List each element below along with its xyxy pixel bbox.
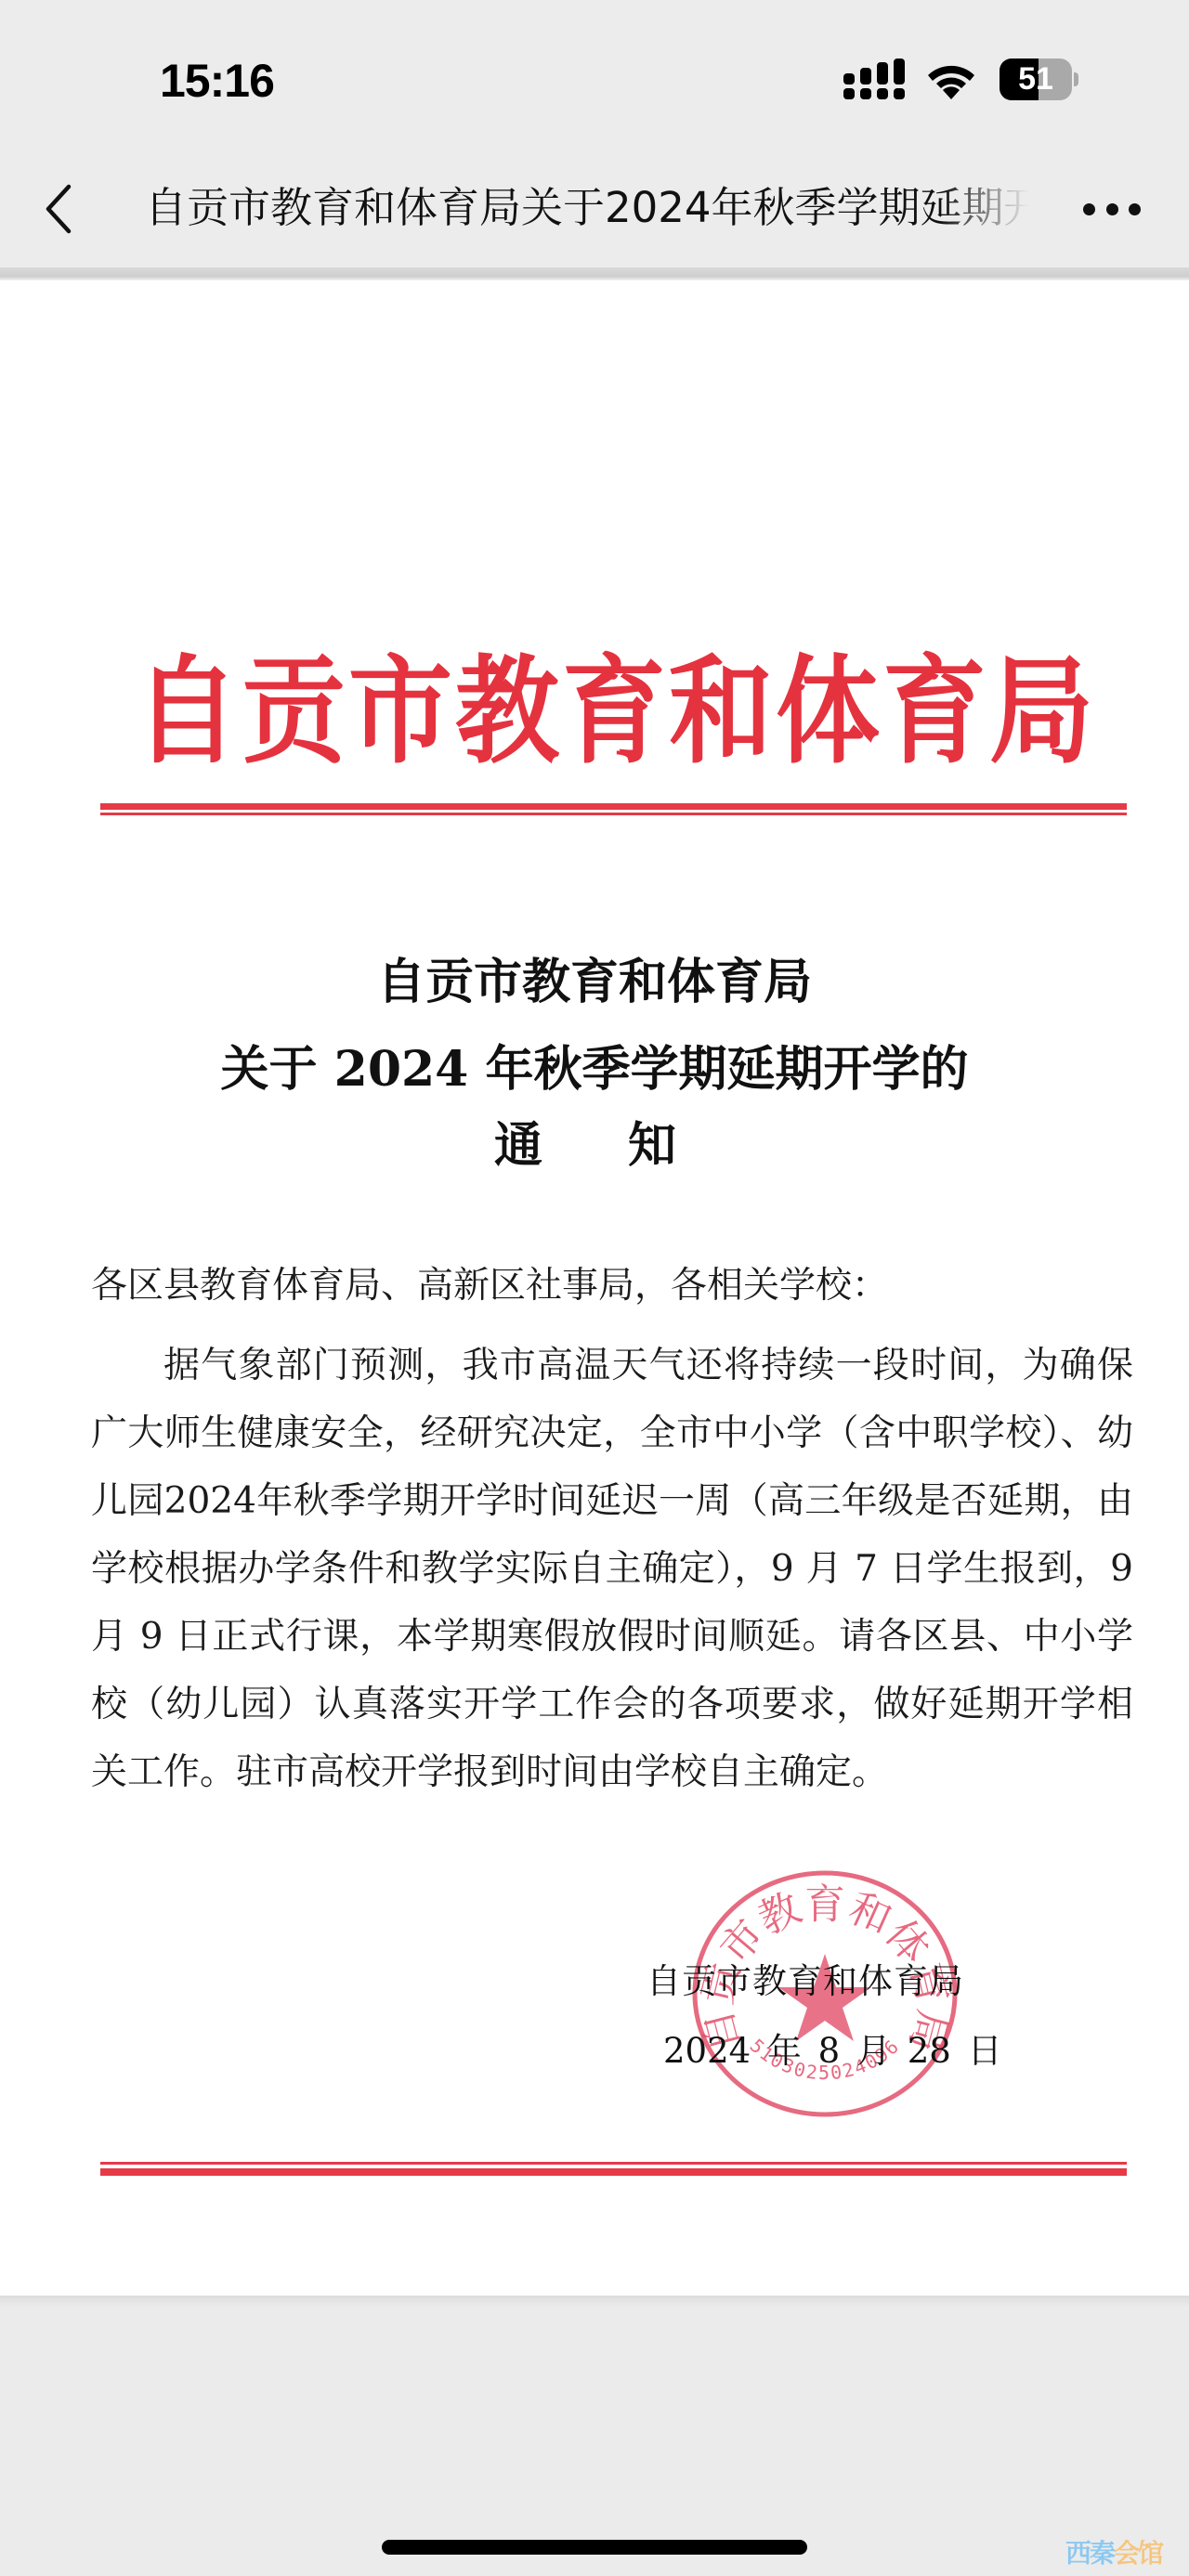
letterhead-rule-thin <box>100 813 1127 815</box>
signature-date: 2024 年 8 月 28 日 <box>663 2031 1002 2072</box>
ellipsis-icon-dot <box>1106 203 1118 215</box>
letterhead-rule-thick <box>100 803 1127 810</box>
back-chevron-icon[interactable] <box>37 181 84 237</box>
watermark-logo: 西秦会馆 <box>1065 2538 1162 2569</box>
nav-divider <box>0 267 1189 280</box>
status-time: 15:16 <box>160 54 274 108</box>
battery-level: 51 <box>1000 59 1072 100</box>
notice-heading-line-2: 关于 2024 年秋季学期延期开学的 <box>0 1042 1189 1098</box>
watermark-part-1: 西秦 <box>1065 2538 1114 2569</box>
document-page[interactable]: 自贡市教育和体育局 自贡市教育和体育局 关于 2024 年秋季学期延期开学的 通… <box>0 280 1189 2296</box>
footer-rule-thin <box>100 2162 1127 2165</box>
watermark-part-2: 会馆 <box>1114 2538 1162 2569</box>
notice-heading-line-3: 通 知 <box>0 1118 1189 1174</box>
signature-organization: 自贡市教育和体育局 <box>647 1961 964 2002</box>
letterhead-title: 自贡市教育和体育局 <box>130 640 1101 786</box>
nav-bar: 自贡市教育和体育局关于2024年秋季学期延期开学的通知 <box>0 139 1189 267</box>
notice-body: 据气象部门预测，我市高温天气还将持续一段时间，为确保广大师生健康安全，经研究决定… <box>91 1332 1133 1806</box>
battery-body: 51 <box>1000 59 1072 100</box>
ellipsis-icon-dot <box>1129 203 1141 215</box>
notice-heading-line-1: 自贡市教育和体育局 <box>0 955 1189 1010</box>
wifi-icon <box>924 59 978 99</box>
status-bar: 15:16 51 <box>0 0 1189 139</box>
salutation: 各区县教育体育局、高新区社事局，各相关学校： <box>91 1263 888 1309</box>
footer-rule-thick <box>100 2168 1127 2176</box>
more-options-button[interactable] <box>1083 195 1141 223</box>
page-title: 自贡市教育和体育局关于2024年秋季学期延期开学的通知 <box>145 180 1029 236</box>
battery-icon: 51 <box>1000 59 1079 100</box>
home-indicator[interactable] <box>382 2540 807 2555</box>
document-bottom-edge <box>0 2296 1189 2307</box>
signal-icon <box>843 59 905 99</box>
ellipsis-icon-dot <box>1083 203 1095 215</box>
battery-tip <box>1074 72 1078 86</box>
